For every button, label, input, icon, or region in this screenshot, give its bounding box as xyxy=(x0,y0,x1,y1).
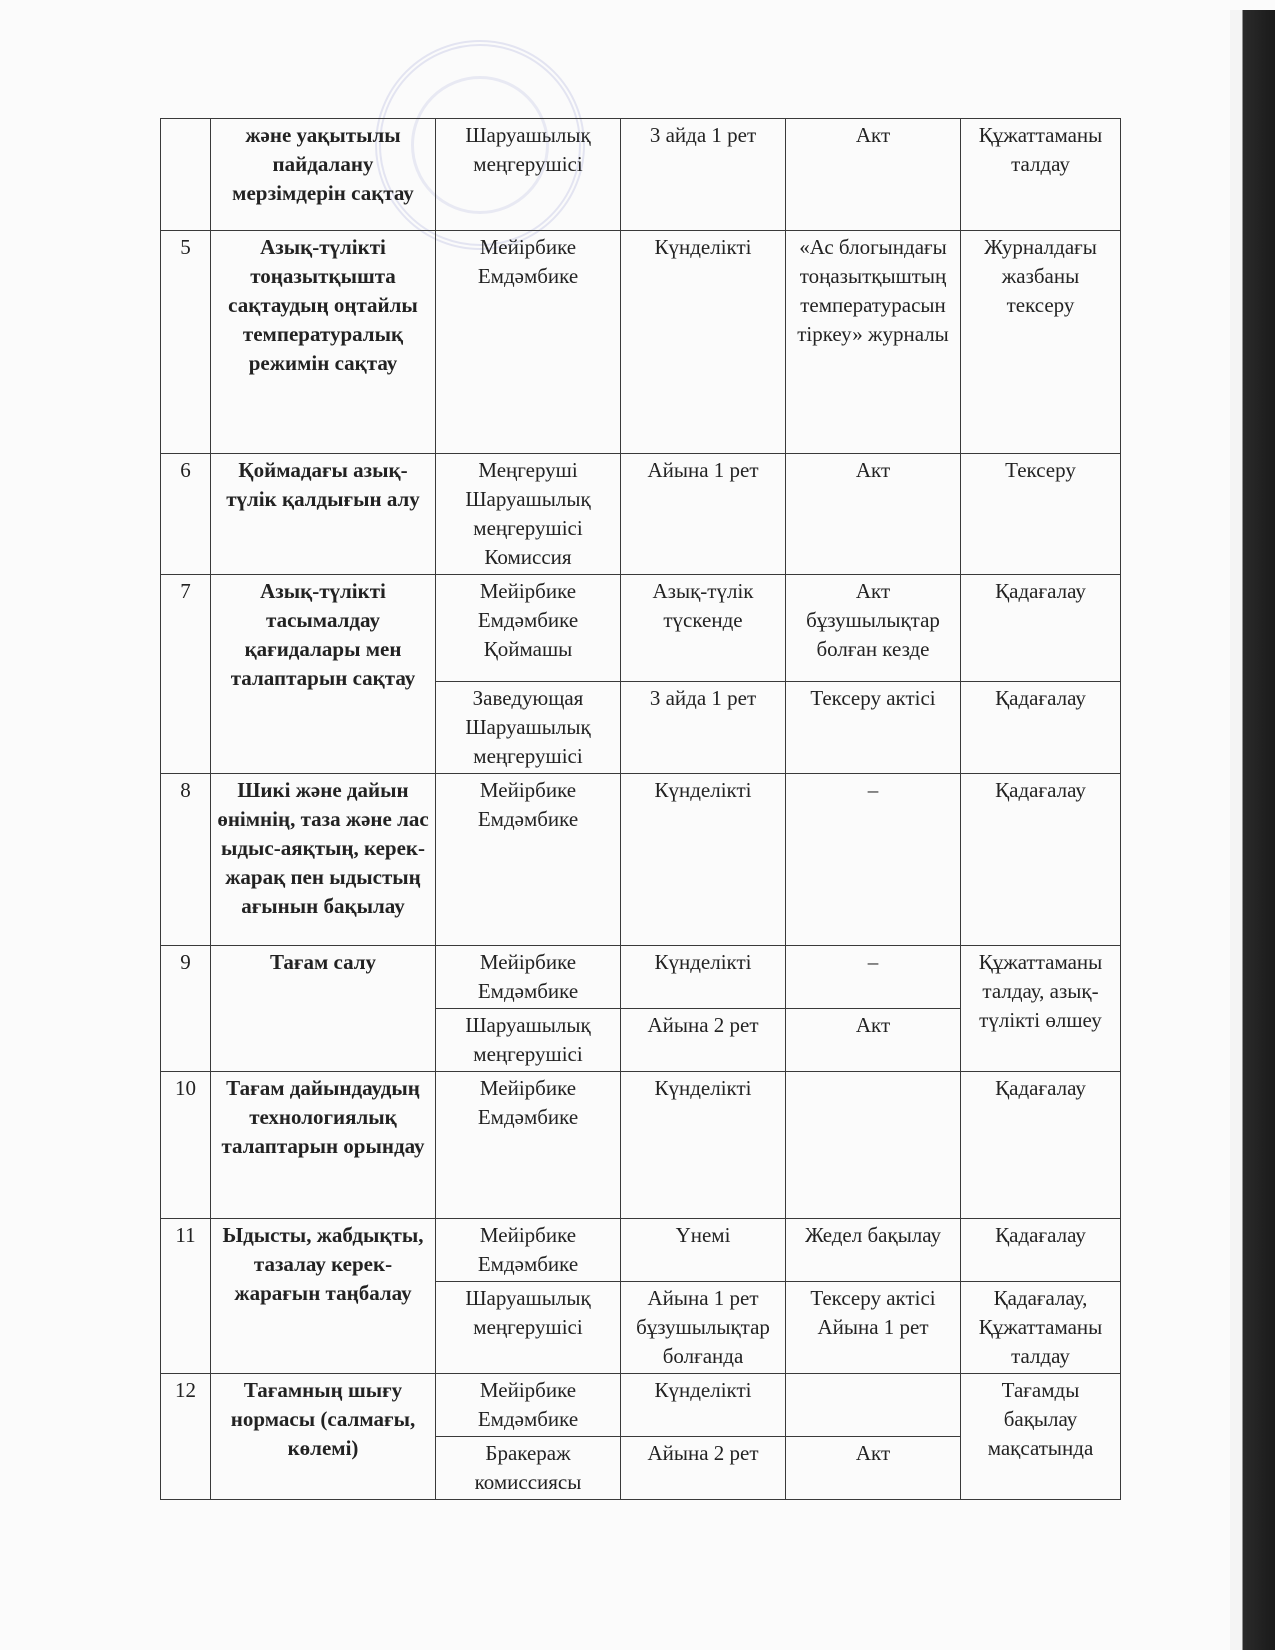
frequency: 3 айда 1 рет xyxy=(621,119,786,231)
frequency: Айына 1 рет бұзушылықтар болғанда xyxy=(621,1282,786,1374)
responsible: Шаруашылық меңгерушісі xyxy=(436,119,621,231)
responsible: Мейірбике Емдәмбике xyxy=(436,946,621,1009)
control-method: Қадағалау xyxy=(961,575,1121,682)
frequency: Айына 1 рет xyxy=(621,454,786,575)
responsible: Бракераж комиссиясы xyxy=(436,1437,621,1500)
control-method: Қадағалау, Құжаттаманы талдау xyxy=(961,1282,1121,1374)
table-row: 10 Тағам дайындаудың технологиялық талап… xyxy=(161,1072,1121,1219)
frequency: Азық-түлік түскенде xyxy=(621,575,786,682)
row-number: 11 xyxy=(161,1219,211,1374)
responsible: Мейірбике Емдәмбике xyxy=(436,774,621,946)
document-form: Тексеру актісі Айына 1 рет xyxy=(786,1282,961,1374)
table-row: 8 Шикі және дайын өнімнің, таза және лас… xyxy=(161,774,1121,946)
responsible: Шаруашылық меңгерушісі xyxy=(436,1282,621,1374)
document-form: Акт xyxy=(786,1009,961,1072)
row-number: 8 xyxy=(161,774,211,946)
control-schedule-table: және уақытылы пайдалану мерзімдерін сақт… xyxy=(160,118,1121,1500)
document-form: Акт xyxy=(786,119,961,231)
document-form: – xyxy=(786,946,961,1009)
row-number: 6 xyxy=(161,454,211,575)
frequency: Күнделікті xyxy=(621,231,786,454)
control-object: және уақытылы пайдалану мерзімдерін сақт… xyxy=(211,119,436,231)
control-method: Тағамды бақылау мақсатында xyxy=(961,1374,1121,1500)
control-method: Тексеру xyxy=(961,454,1121,575)
control-object: Тағам дайындаудың технологиялық талаптар… xyxy=(211,1072,436,1219)
control-object: Азық-түлікті тоңазытқышта сақтаудың оңта… xyxy=(211,231,436,454)
frequency: Күнделікті xyxy=(621,774,786,946)
document-form xyxy=(786,1374,961,1437)
table-row: 12 Тағамның шығу нормасы (салмағы, көлем… xyxy=(161,1374,1121,1437)
document-form: Акт xyxy=(786,454,961,575)
control-method: Журналдағы жазбаны тексеру xyxy=(961,231,1121,454)
responsible: Мейірбике Емдәмбике Қоймашы xyxy=(436,575,621,682)
control-object: Ыдысты, жабдықты, тазалау керек-жарағын … xyxy=(211,1219,436,1374)
control-method: Қадағалау xyxy=(961,1072,1121,1219)
row-number: 7 xyxy=(161,575,211,774)
table-row: 9 Тағам салу Мейірбике Емдәмбике Күнделі… xyxy=(161,946,1121,1009)
responsible: Заведующая Шаруашылық меңгерушісі xyxy=(436,682,621,774)
frequency: 3 айда 1 рет xyxy=(621,682,786,774)
frequency: Айына 2 рет xyxy=(621,1437,786,1500)
responsible: Меңгеруші Шаруашылық меңгерушісі Комисси… xyxy=(436,454,621,575)
document-form: Жедел бақылау xyxy=(786,1219,961,1282)
control-object: Азық-түлікті тасымалдау қағидалары мен т… xyxy=(211,575,436,774)
table-row: 6 Қоймадағы азық-түлік қалдығын алу Меңг… xyxy=(161,454,1121,575)
control-method: Қадағалау xyxy=(961,1219,1121,1282)
control-object: Тағамның шығу нормасы (салмағы, көлемі) xyxy=(211,1374,436,1500)
responsible: Мейірбике Емдәмбике xyxy=(436,1219,621,1282)
frequency: Күнделікті xyxy=(621,1374,786,1437)
responsible: Мейірбике Емдәмбике xyxy=(436,231,621,454)
responsible: Мейірбике Емдәмбике xyxy=(436,1374,621,1437)
table-row: 5 Азық-түлікті тоңазытқышта сақтаудың оң… xyxy=(161,231,1121,454)
responsible: Шаруашылық меңгерушісі xyxy=(436,1009,621,1072)
frequency: Күнделікті xyxy=(621,946,786,1009)
document-form: – xyxy=(786,774,961,946)
control-method: Құжаттаманы талдау xyxy=(961,119,1121,231)
table-row: 7 Азық-түлікті тасымалдау қағидалары мен… xyxy=(161,575,1121,682)
table-row: 11 Ыдысты, жабдықты, тазалау керек-жарағ… xyxy=(161,1219,1121,1282)
control-method: Қадағалау xyxy=(961,774,1121,946)
document-form xyxy=(786,1072,961,1219)
document-form: Акт бұзушылықтар болған кезде xyxy=(786,575,961,682)
table-row: және уақытылы пайдалану мерзімдерін сақт… xyxy=(161,119,1121,231)
row-number: 9 xyxy=(161,946,211,1072)
row-number: 12 xyxy=(161,1374,211,1500)
document-form: «Ас блогындағы тоңазытқыштың температура… xyxy=(786,231,961,454)
frequency: Күнделікті xyxy=(621,1072,786,1219)
document-form: Тексеру актісі xyxy=(786,682,961,774)
scan-page-edge xyxy=(1230,10,1275,1650)
responsible: Мейірбике Емдәмбике xyxy=(436,1072,621,1219)
row-number: 5 xyxy=(161,231,211,454)
frequency: Айына 2 рет xyxy=(621,1009,786,1072)
control-object: Қоймадағы азық-түлік қалдығын алу xyxy=(211,454,436,575)
document-form: Акт xyxy=(786,1437,961,1500)
control-object: Шикі және дайын өнімнің, таза және лас ы… xyxy=(211,774,436,946)
control-object: Тағам салу xyxy=(211,946,436,1072)
row-number xyxy=(161,119,211,231)
control-method: Қадағалау xyxy=(961,682,1121,774)
frequency: Үнемі xyxy=(621,1219,786,1282)
control-method: Құжаттаманы талдау, азық-түлікті өлшеу xyxy=(961,946,1121,1072)
row-number: 10 xyxy=(161,1072,211,1219)
